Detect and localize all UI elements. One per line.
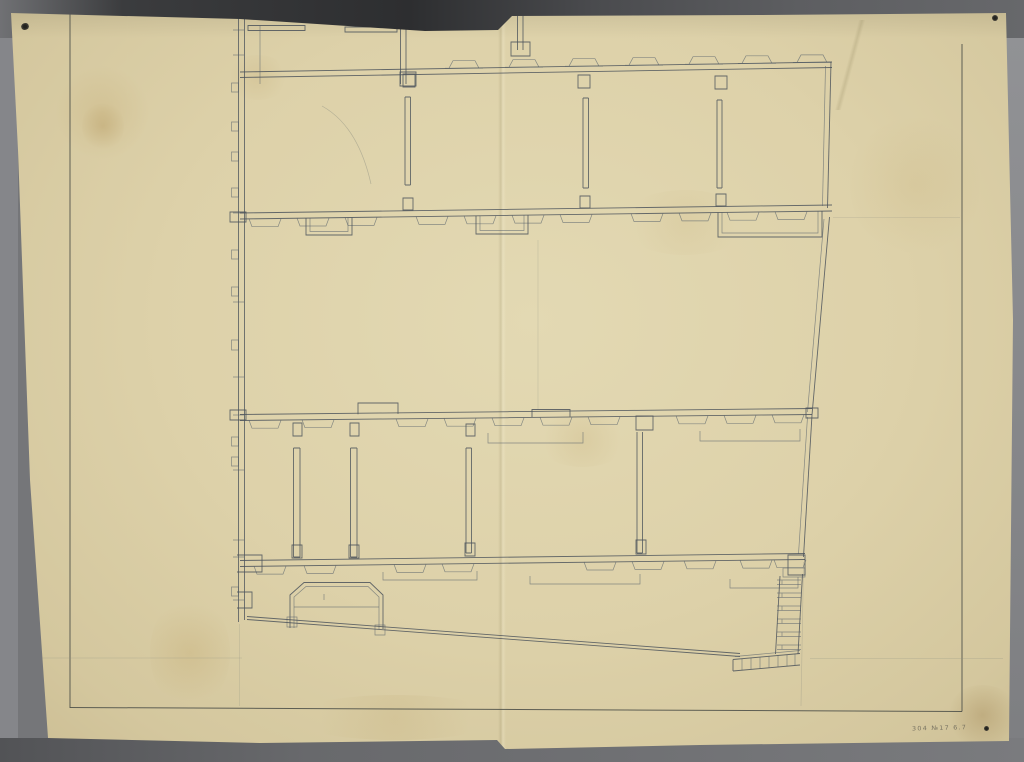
top-wall bbox=[240, 55, 832, 89]
left-wall bbox=[230, 10, 246, 622]
pencil-guidelines bbox=[12, 218, 1003, 707]
entrance-porch bbox=[287, 583, 385, 636]
bottom-wall bbox=[237, 554, 806, 609]
stair-flight-horizontal bbox=[733, 651, 800, 672]
pin-mark-bottom-right bbox=[984, 726, 989, 731]
plan-drawing bbox=[0, 0, 1024, 762]
street-boundary-line bbox=[247, 617, 740, 657]
photographed-drawing-scene: { "scene": { "type": "scanned hand-drawn… bbox=[0, 0, 1024, 762]
handwritten-note: 304 №17 6.7 bbox=[912, 724, 967, 733]
right-wall bbox=[799, 62, 832, 557]
drawing-sheet: 304 №17 6.7 bbox=[0, 0, 1024, 762]
stair-flight-vertical bbox=[776, 568, 806, 654]
speck-bottom-left bbox=[26, 731, 29, 734]
door-swing-arc bbox=[322, 106, 371, 184]
upper-middle-wall bbox=[240, 194, 832, 237]
backdrop-left bbox=[0, 0, 18, 762]
border-frame bbox=[70, 14, 962, 712]
lower-partitions bbox=[292, 432, 646, 558]
lower-middle-wall bbox=[240, 403, 812, 443]
upper-partitions bbox=[322, 97, 722, 188]
pin-mark-top-right bbox=[992, 15, 998, 21]
